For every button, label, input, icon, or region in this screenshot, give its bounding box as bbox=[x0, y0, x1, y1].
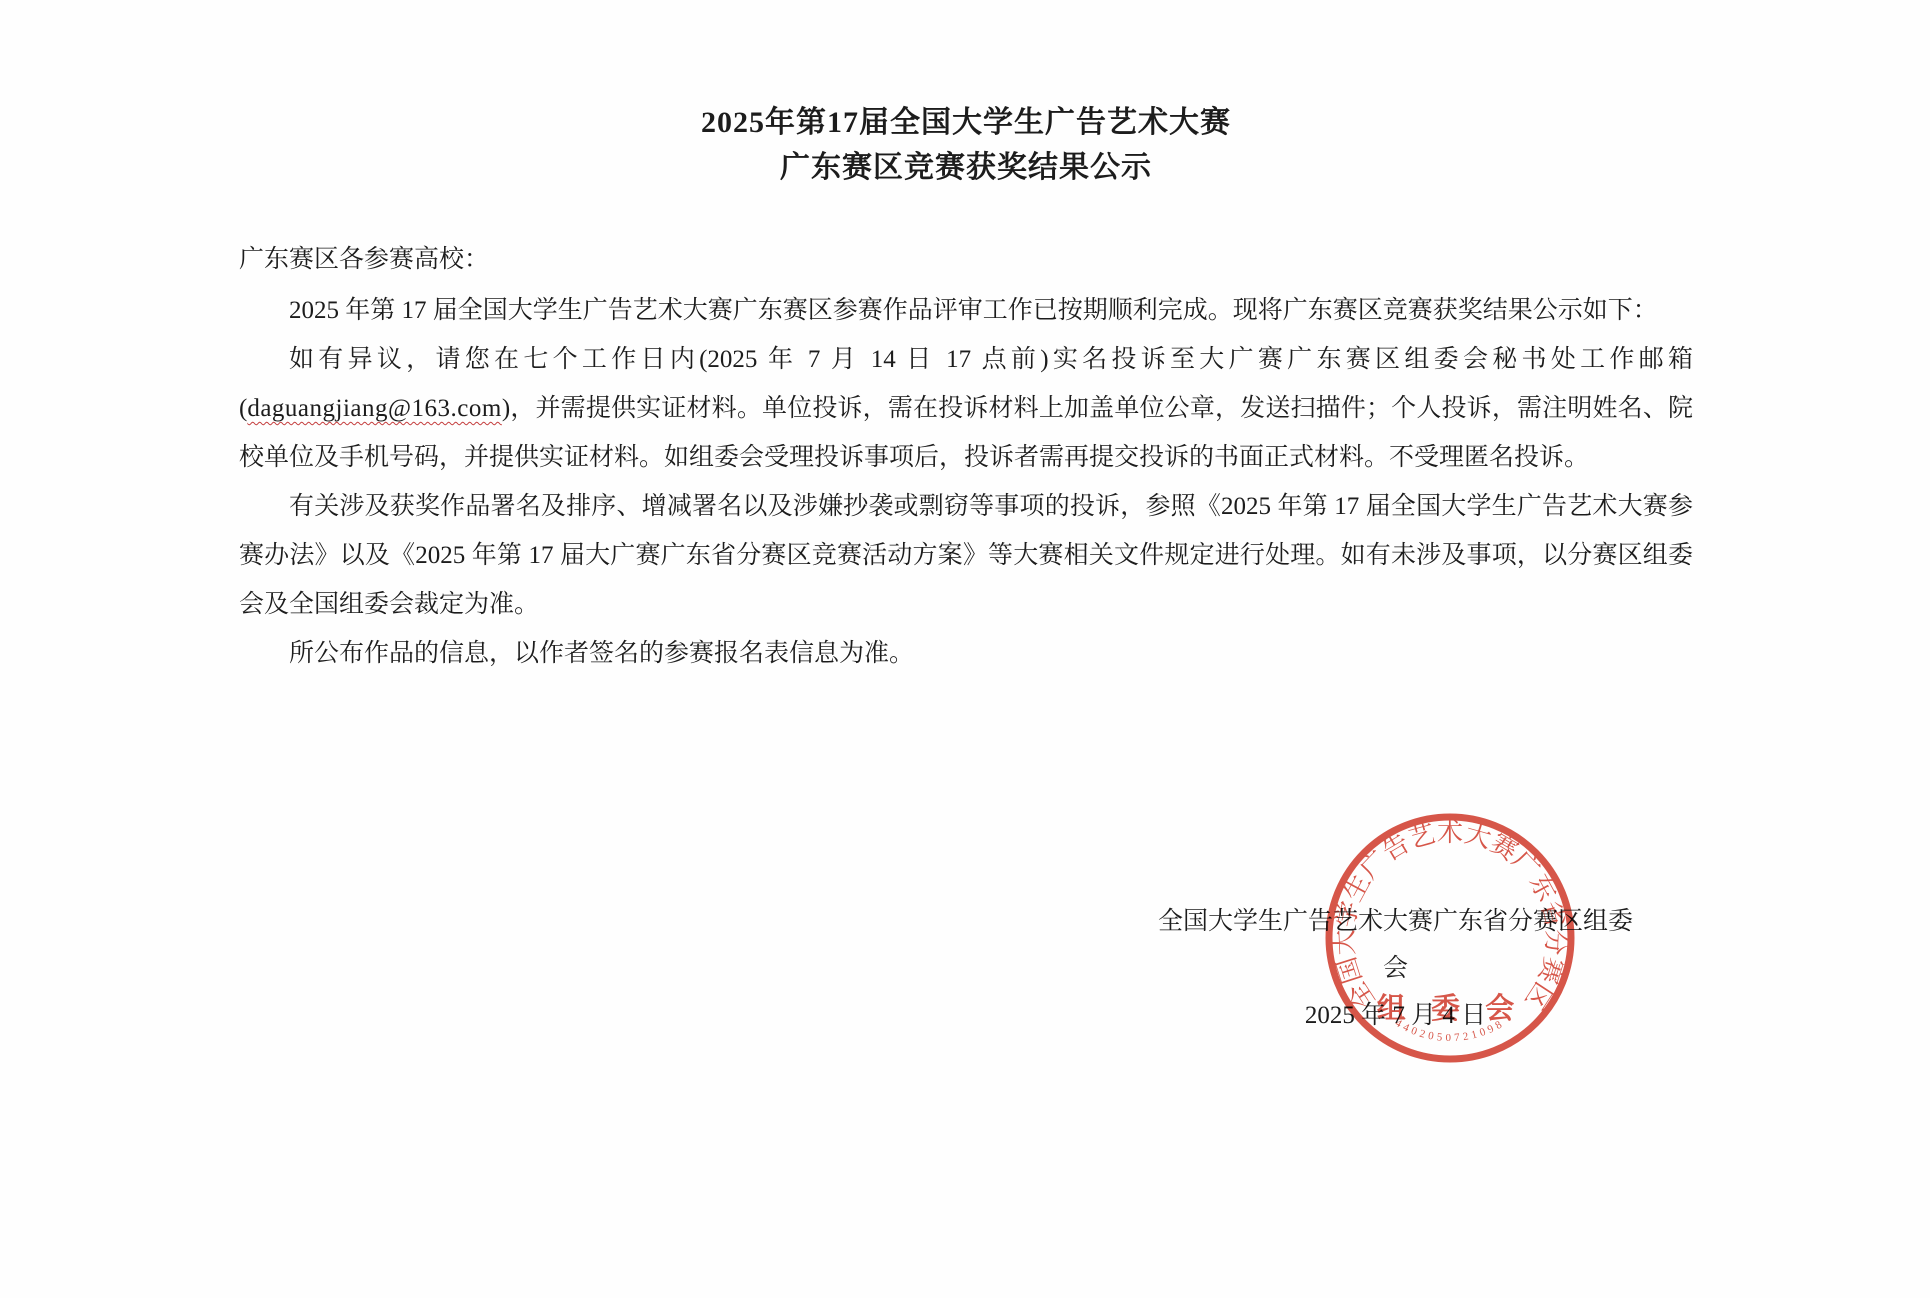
body-text: 2025 年第 17 届全国大学生广告艺术大赛广东赛区参赛作品评审工作已按期顺利… bbox=[239, 286, 1693, 678]
paragraph-review-complete: 2025 年第 17 届全国大学生广告艺术大赛广东赛区参赛作品评审工作已按期顺利… bbox=[239, 286, 1693, 335]
document-title: 2025年第17届全国大学生广告艺术大赛 广东赛区竞赛获奖结果公示 bbox=[239, 100, 1693, 190]
signature-organization: 全国大学生广告艺术大赛广东省分赛区组委会 bbox=[1158, 898, 1633, 992]
contact-email: daguangjiang@163.com bbox=[247, 395, 502, 422]
signature-block: 全国大学生广告艺术大赛广东省分赛区组委会 2025 年 7 月 4 日 bbox=[1158, 898, 1633, 1039]
title-line-1: 2025年第17届全国大学生广告艺术大赛 bbox=[239, 100, 1693, 145]
paragraph-complaint-procedure: 如有异议，请您在七个工作日内(2025 年 7 月 14 日 17 点前)实名投… bbox=[239, 335, 1693, 482]
paragraph-info-basis: 所公布作品的信息，以作者签名的参赛报名表信息为准。 bbox=[239, 629, 1693, 678]
document-page: { "document": { "title": { "line1": "202… bbox=[0, 0, 1930, 1298]
paragraph-attribution-disputes: 有关涉及获奖作品署名及排序、增减署名以及涉嫌抄袭或剽窃等事项的投诉，参照《202… bbox=[239, 482, 1693, 629]
title-line-2: 广东赛区竞赛获奖结果公示 bbox=[239, 145, 1693, 190]
signature-date: 2025 年 7 月 4 日 bbox=[1158, 992, 1633, 1039]
salutation: 广东赛区各参赛高校： bbox=[239, 240, 489, 280]
